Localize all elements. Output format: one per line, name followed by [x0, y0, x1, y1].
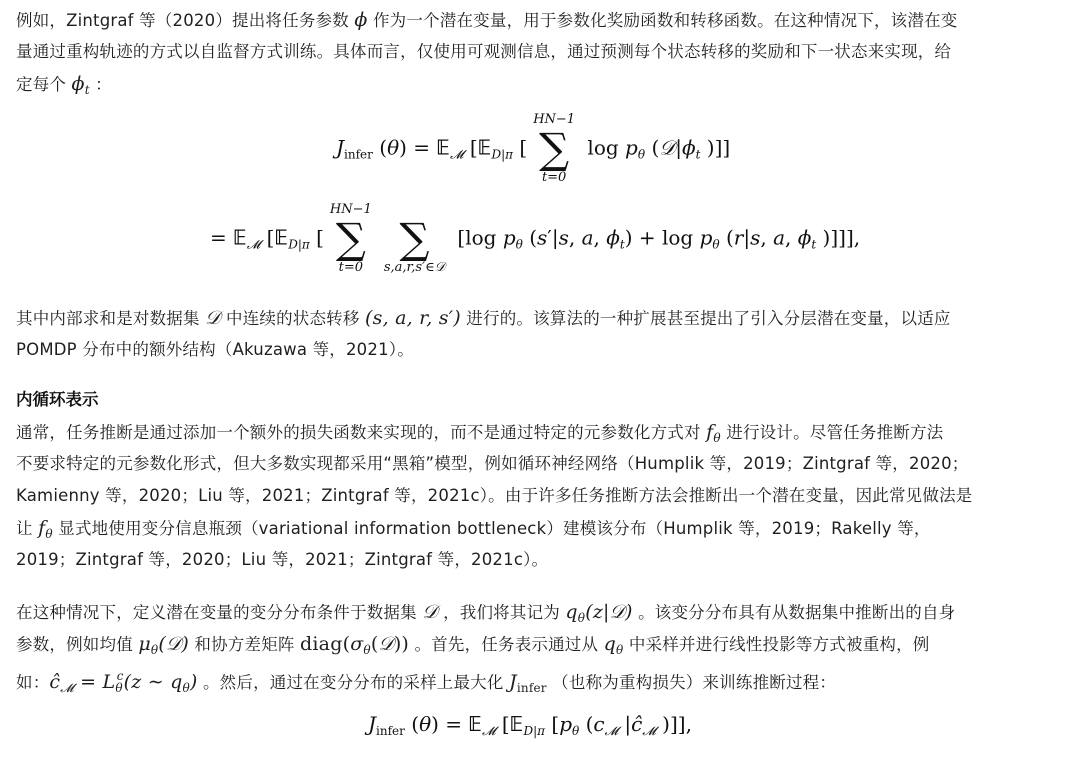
math-f-theta: fθ — [38, 517, 53, 539]
summation-inner: ∑s,a,r,s′∈𝒟 — [384, 202, 445, 276]
summation: HN−1∑t=0 — [533, 112, 575, 186]
equation-reconstruction: Jinfer (θ) = 𝔼𝓜 [𝔼D|π [pθ (c𝓜 |ĉ𝓜 )]], — [368, 712, 692, 739]
text-line: 量通过重构轨迹的方式以自监督方式训练。具体而言，仅使用可观测信息，通过预测每个状… — [16, 36, 1068, 68]
text: 。首先，任务表示通过从 — [409, 635, 604, 654]
math-dataset-D: 𝒟 — [205, 307, 220, 329]
math-j-infer: Jinfer — [509, 671, 547, 693]
text-line: 参数，例如均值 μθ(𝒟) 和协方差矩阵 diag(σθ(𝒟)) 。首先，任务表… — [16, 628, 1068, 660]
text-line: 在这种情况下，定义潜在变量的变分分布条件于数据集 𝒟 ，我们将其记为 qθ(z|… — [16, 596, 1068, 628]
math-q-theta: qθ — [604, 633, 624, 655]
text-line: 不要求特定的元参数化形式，但大多数实现都采用“黑箱”模型，例如循环神经网络（Hu… — [16, 448, 1068, 480]
text-line: 2019；Zintgraf 等，2020；Liu 等，2021；Zintgraf… — [16, 544, 1068, 576]
text: 如： — [16, 673, 49, 692]
text: 进行设计。尽管任务推断方法 — [721, 423, 944, 442]
text-line: 例如，Zintgraf 等（2020）提出将任务参数 ϕ 作为一个潜在变量，用于… — [16, 4, 1068, 36]
equation-infer-line2: = 𝔼𝓜 [𝔼D|π [HN−1∑t=0 ∑s,a,r,s′∈𝒟 [log pθ… — [210, 202, 860, 276]
paragraph-intro: 例如，Zintgraf 等（2020）提出将任务参数 ϕ 作为一个潜在变量，用于… — [16, 4, 1068, 100]
text: （也称为重构损失）来训练推断过程： — [547, 673, 836, 692]
math-diag-sigma: diag(σθ(𝒟)) — [300, 633, 409, 655]
document: 例如，Zintgraf 等（2020）提出将任务参数 ϕ 作为一个潜在变量，用于… — [0, 0, 1080, 767]
text: 。该变分分布具有从数据集中推断出的自身 — [633, 603, 956, 622]
equation-infer-line1: Jinfer (θ) = 𝔼𝓜 [𝔼D|π [HN−1∑t=0 log pθ (… — [336, 112, 730, 186]
text: 和协方差矩阵 — [189, 635, 300, 654]
text: 中采样并进行线性投影等方式被重构，例 — [623, 635, 929, 654]
math-c-hat-projection: ĉ𝓜 = Lθc(z ∼ qθ) — [49, 671, 197, 693]
text-line: POMDP 分布中的额外结构（Akuzawa 等，2021）。 — [16, 334, 1068, 366]
math-f-theta: fθ — [706, 421, 721, 443]
summation-outer: HN−1∑t=0 — [330, 202, 372, 276]
math-mu-theta: μθ(𝒟) — [138, 633, 189, 655]
text-line: 定每个 ϕt ： — [16, 68, 1068, 100]
paragraph-task-inference: 通常，任务推断是通过添加一个额外的损失函数来实现的，而不是通过特定的元参数化方式… — [16, 416, 1068, 576]
text: 通常，任务推断是通过添加一个额外的损失函数来实现的，而不是通过特定的元参数化方式… — [16, 423, 706, 442]
text: 中连续的状态转移 — [221, 309, 366, 328]
text: 作为一个潜在变量，用于参数化奖励函数和转移函数。在这种情况下，该潜在变 — [368, 11, 958, 30]
math-dataset-D: 𝒟 — [422, 601, 437, 623]
text: 显式地使用变分信息瓶颈（variational information bott… — [53, 519, 931, 538]
math-phi: ϕ — [354, 9, 367, 31]
text-line: 让 fθ 显式地使用变分信息瓶颈（variational information… — [16, 512, 1068, 544]
paragraph-variational: 在这种情况下，定义潜在变量的变分分布条件于数据集 𝒟 ，我们将其记为 qθ(z|… — [16, 596, 1068, 692]
text: 其中内部求和是对数据集 — [16, 309, 205, 328]
text: 在这种情况下，定义潜在变量的变分分布条件于数据集 — [16, 603, 422, 622]
text-line: 通常，任务推断是通过添加一个额外的损失函数来实现的，而不是通过特定的元参数化方式… — [16, 416, 1068, 448]
text: 定每个 — [16, 75, 72, 94]
math-transition-tuple: (s, a, r, s′) — [365, 307, 461, 329]
text: ，我们将其记为 — [438, 603, 566, 622]
text-line: Kamienny 等，2020；Liu 等，2021；Zintgraf 等，20… — [16, 480, 1068, 512]
text: 。然后，通过在变分分布的采样上最大化 — [198, 673, 510, 692]
text: 让 — [16, 519, 38, 538]
math-q-theta-z-given-D: qθ(z|𝒟) — [565, 601, 632, 623]
text: 参数，例如均值 — [16, 635, 138, 654]
section-heading: 内循环表示 — [16, 386, 99, 410]
text: 进行的。该算法的一种扩展甚至提出了引入分层潜在变量，以适应 — [461, 309, 951, 328]
text-line: 其中内部求和是对数据集 𝒟 中连续的状态转移 (s, a, r, s′) 进行的… — [16, 302, 1068, 334]
paragraph-inner-sum: 其中内部求和是对数据集 𝒟 中连续的状态转移 (s, a, r, s′) 进行的… — [16, 302, 1068, 366]
text-line: 如：ĉ𝓜 = Lθc(z ∼ qθ) 。然后，通过在变分分布的采样上最大化 Ji… — [16, 660, 1068, 692]
math-phi-t: ϕt — [72, 73, 90, 95]
text: ： — [90, 75, 112, 94]
text: 例如，Zintgraf 等（2020）提出将任务参数 — [16, 11, 354, 30]
